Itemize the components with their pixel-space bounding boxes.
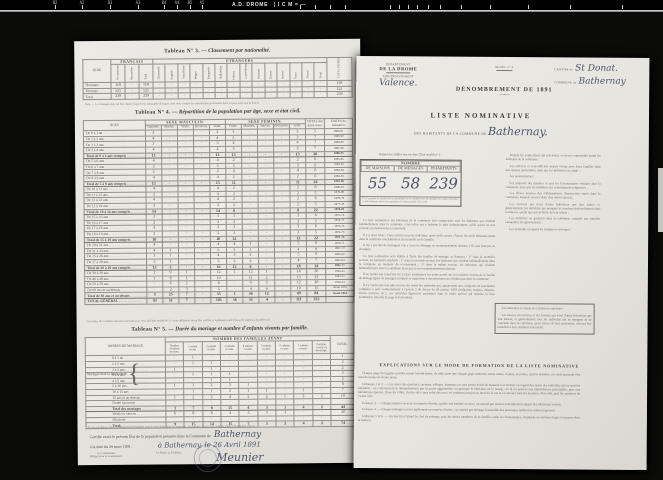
liste-nominative-title: LISTE NOMINATIVE <box>356 111 606 121</box>
explications-title: EXPLICATIONS SUR LE MODE DE FORMATION DE… <box>354 362 604 369</box>
t5-subcol: Nombre d'enfants inconnu. <box>165 342 183 355</box>
canton-label: CANTON de <box>554 67 573 71</box>
ruler-tick-mark <box>330 5 331 9</box>
explication-paragraph: Colonne 4. — Chaque ménage recevra égale… <box>358 407 580 413</box>
arrondissement-handwritten: Valence. <box>362 78 434 89</box>
t5-subcol: 3 enfants vivants. <box>220 342 238 355</box>
menages-count: 58 <box>394 172 427 197</box>
boxed-paragraph: Les individus occupant les résidences su… <box>498 306 592 311</box>
maisons-count: 55 <box>361 171 394 196</box>
t3-group-total: TOTAL GÉNÉRAL <box>327 57 352 80</box>
t4-dates-header: DATES de naissance <box>325 118 353 129</box>
canton-commune-block: CANTON de St Donat. COMMUNE de Bathernay <box>554 63 646 87</box>
archive-label: A.D. DROME <box>232 2 268 8</box>
instructions-left-column: La liste nominative des habitants de la … <box>359 218 496 302</box>
ornament-divider: —·— <box>448 92 560 98</box>
ruler-tick-mark <box>315 5 316 9</box>
table3-title: Tableau N° 3. — Classement par nationali… <box>74 47 360 55</box>
liste-nominative-page: DÉPARTEMENT DE LA DROME ARRONDISSEMENT V… <box>354 56 650 470</box>
ruler-tick-mark <box>461 5 462 9</box>
ruler-tick-mark <box>408 5 409 9</box>
t5-subcol: 6 enfants vivants. <box>275 341 293 354</box>
table4-footnote: Les totaux de ce tableau doivent concord… <box>87 318 353 324</box>
t3-col-label: Total <box>144 74 147 80</box>
table5-title: Tableau N° 5. — Durée du mariage et nomb… <box>77 325 363 333</box>
instruction-paragraph: Les individus occupant les résidences su… <box>505 227 600 232</box>
table-nationalite: SEXE FRANÇAIS ÉTRANGERS TOTAL GÉNÉRAL De… <box>82 57 352 100</box>
ruler-tick-mark <box>428 5 429 9</box>
recap-col-menages: DE MÉNAGES <box>394 166 427 172</box>
instruction-paragraph: La liste nominative sera établie à l'aid… <box>359 254 495 271</box>
recap-caption: Rappel des chiffres inscrits dans l'État… <box>360 152 462 157</box>
scale-label: | I C M = — <box>274 2 306 8</box>
subtitle-commune-handwritten: Bathernay. <box>488 125 548 138</box>
t5-subcol: 8 enfants vivants ou davantage. <box>312 341 330 354</box>
instruction-paragraph: Les pensionnaires ; <box>506 174 601 179</box>
table-row: Total. 239·239 ··· ··· ··· ··· ··239 <box>83 92 352 100</box>
explications-paragraphs: Chaque page du registre qu'elles seront … <box>358 371 580 426</box>
habitants-count: 239 <box>427 172 460 197</box>
liste-subtitle: DES HABITANTS DE LA COMMUNE DE Bathernay… <box>356 124 606 139</box>
t3-nationality-col: Belges <box>190 64 203 82</box>
instruction-paragraph: D'après les explications qui précèdent, … <box>506 153 601 162</box>
official-center: Le Maire ou l'Adjoint : <box>156 451 182 464</box>
census-header-center: Modèle n° 6 DÉNOMBREMENT DE 1891 —·— <box>448 65 560 98</box>
instruction-paragraph: Les préposés des douanes et tous les fon… <box>506 181 601 190</box>
t3-nationality-col: Autrichiens <box>178 64 191 82</box>
certify-text: Certifié exact le présent État de la pop… <box>90 433 211 439</box>
commune-handwritten: Bathernay <box>578 77 625 87</box>
instructions-right-column: D'après les explications qui précèdent, … <box>505 153 601 234</box>
instruction-paragraph: Il ne faudra pas transcrire sur la liste… <box>359 272 495 281</box>
ruler-tick-mark <box>490 5 491 9</box>
boxed-paragraph: Les inscrits des navires et des bateaux … <box>498 312 592 329</box>
t3-nationality-col: Italiens <box>227 64 240 82</box>
departement-name: DE LA DROME <box>362 66 434 72</box>
t3-col-label: De naissance <box>116 65 119 80</box>
certify-date: à la date du 29 mars 1891. <box>90 444 132 449</box>
instruction-paragraph: Les élèves internes des établissements d… <box>505 191 600 200</box>
explication-paragraph: Colonnes 1 et 2. — Les noms des quartier… <box>358 382 580 400</box>
ruler-tick-mark <box>399 5 400 9</box>
t3-nationality-col: Allemands <box>153 64 166 82</box>
ruler-tick-mark <box>177 5 178 9</box>
ruler-tick-mark <box>82 5 83 9</box>
t3-corner: SEXE <box>83 59 111 83</box>
brace-glyph: { <box>128 361 141 387</box>
t3-nationality-col: Polonais <box>252 63 265 81</box>
t4-subcol: Divorcées. <box>273 124 289 129</box>
instruction-paragraph: Il y a deux listes : l'une inscrira tous… <box>359 233 495 242</box>
ruler-tick-mark <box>390 5 391 9</box>
ruler-tick-mark <box>110 5 111 9</box>
modele-label: Modèle n° 6 <box>448 65 560 70</box>
ruler-tick-mark <box>622 5 623 9</box>
ruler-tick-mark <box>345 5 346 9</box>
instruction-paragraph: Il n'y faudra pas non plus inscrire les … <box>359 283 495 300</box>
t5-subcol: 4 enfants vivants. <box>239 342 257 355</box>
ruler-tick-mark <box>202 5 203 9</box>
ruler-tick-mark <box>138 5 139 9</box>
table-ages: ÂGES SEXE MASCULIN. SEXE FÉMININ. TOTAL … <box>83 118 355 305</box>
table3-footnote: Nota. — Les étrangers doivent être class… <box>85 101 351 107</box>
t4-subcol: Divorcés. <box>193 125 209 130</box>
commune-handwritten: Bathernay <box>214 430 261 440</box>
boxed-instructions: Les individus occupant les résidences su… <box>495 303 595 335</box>
t3-nationality-col: Total <box>314 63 327 81</box>
explication-paragraph: Colonne 3. — Chaque maison recevra un nu… <box>358 401 580 407</box>
ruler-tick-mark <box>164 5 165 9</box>
canton-handwritten: St Donat. <box>575 64 618 74</box>
ruler-tick-mark <box>570 5 571 9</box>
ruler-tick-mark <box>417 5 418 9</box>
ruler-tick-mark <box>440 5 441 9</box>
t4-ages-header: ÂGES <box>83 120 145 131</box>
t3-nationality-col: Turcs <box>289 63 302 81</box>
explication-paragraph: Colonnes 5 et 6. — On inscrira d'abord l… <box>358 414 580 424</box>
recap-table: NOMBRE DE MAISONS DE MÉNAGES D'HABITANTS… <box>360 160 460 197</box>
ruler-tick-mark <box>528 5 529 9</box>
t5-subcol: 2 enfants vivants. <box>202 342 220 355</box>
mairie-stamp <box>194 444 222 472</box>
t3-nationality-col: Suisses <box>277 63 290 81</box>
explication-paragraph: Chaque page du registre qu'elles seront … <box>358 371 580 381</box>
departement-block: DÉPARTEMENT DE LA DROME ARRONDISSEMENT V… <box>362 62 434 88</box>
t3-nationality-col: Espagnols <box>202 64 215 82</box>
census-tables-page: Tableau N° 3. — Classement par nationali… <box>74 39 364 465</box>
t3-nationality-col: Hollandais <box>215 64 228 82</box>
instruction-paragraph: Il n'y a pas lieu de distinguer s'ils y … <box>359 243 495 252</box>
t3-col-label: Naturalisés <box>130 67 133 81</box>
t5-subcol: 5 enfants vivants. <box>257 341 275 354</box>
mayor-signature: Meunier <box>216 451 263 464</box>
t5-subcol: 1 enfant vivant. <box>184 342 202 355</box>
table4-title: Tableau N° 4. — Répartition de la popula… <box>75 108 361 116</box>
recap-footnote: Il est essentiel de s'assurer de la conc… <box>360 196 460 205</box>
official-left: Le Commissaire délégué pour le recenseme… <box>90 452 123 465</box>
commune-label: COMMUNE de <box>554 80 576 84</box>
t5-subcol: 7 enfants vivants. <box>294 341 312 354</box>
t3-nationality-col: Divers <box>302 63 315 81</box>
t5-total-header: TOTAL. <box>330 335 354 354</box>
t3-nationality-col: Russes <box>265 63 278 81</box>
t5-brace-label: Mariages dont la durée est de{ <box>87 361 147 388</box>
scan-edge-highlight <box>0 10 663 12</box>
recap-col-maisons: DE MAISONS <box>361 166 394 172</box>
t3-nationality-col: Luxembourg. <box>240 64 253 82</box>
microfilm-viewer: B2 A2 B3 A3 B4 A4 <box>0 0 663 480</box>
film-ruler: B2 A2 B3 A3 B4 A4 <box>0 0 663 10</box>
t4-total-header: TOTAL des deux sexes <box>305 119 324 129</box>
ruler-tick-mark <box>190 5 191 9</box>
instruction-paragraph: Les ouvriers qui n'ont d'autre habitatio… <box>505 202 600 215</box>
recap-col-habitants: D'HABITANTS <box>427 166 460 172</box>
instruction-paragraph: Les officiers et sous-officiers mariés v… <box>506 164 601 173</box>
t5-annees-header: ANNÉES DE MARIAGE <box>85 337 165 356</box>
film-ruler-text: A.D. DROME | I C M = — <box>232 2 306 8</box>
denombrement-title: DÉNOMBREMENT DE 1891 <box>448 86 560 93</box>
t3-nationality-col: Anglais <box>165 64 178 82</box>
t4-subcol: Garçons. <box>145 125 161 130</box>
instruction-paragraph: La liste nominative des habitants de la … <box>359 218 495 231</box>
instruction-paragraph: Les militaires en garnison dans la commu… <box>505 216 600 225</box>
ruler-tick-mark <box>55 5 56 9</box>
t4-subcol: Mariées. <box>241 125 257 130</box>
recap-box: NOMBRE DE MAISONS DE MÉNAGES D'HABITANTS… <box>359 159 461 206</box>
adjacent-page-edge <box>658 168 663 232</box>
